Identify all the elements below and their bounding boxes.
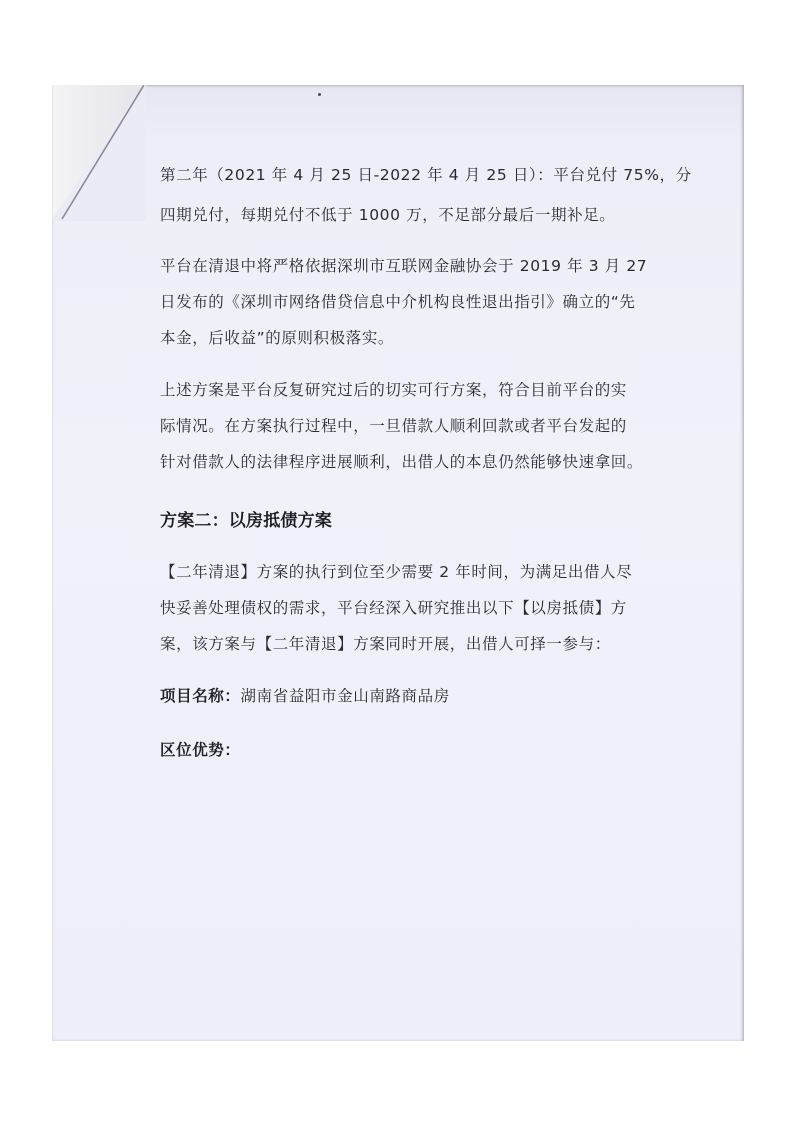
location-advantage-row: 区位优势： xyxy=(160,738,241,760)
section-paragraph-line-2: 快妥善处理债权的需求，平台经深入研究推出以下【以房抵债】方 xyxy=(160,596,627,618)
paragraph-3-line-1: 上述方案是平台反复研究过后的切实可行方案，符合目前平台的实 xyxy=(160,378,627,400)
section-paragraph-line-3: 案，该方案与【二年清退】方案同时开展，出借人可择一参与： xyxy=(160,632,611,654)
paragraph-2-line-3: 本金，后收益”的原则积极落实。 xyxy=(160,326,394,348)
project-name-row: 项目名称：湖南省益阳市金山南路商品房 xyxy=(160,684,450,706)
paragraph-1-line-1: 第二年（2021 年 4 月 25 日-2022 年 4 月 25 日）：平台兑… xyxy=(160,163,692,185)
paragraph-3-line-3: 针对借款人的法律程序进展顺利，出借人的本息仍然能够快速拿回。 xyxy=(160,450,643,472)
paragraph-1-line-2: 四期兑付，每期兑付不低于 1000 万，不足部分最后一期补足。 xyxy=(160,203,615,225)
paragraph-2-line-2: 日发布的《深圳市网络借贷信息中介机构良性退出指引》确立的“先 xyxy=(160,290,636,312)
paragraph-2-line-1: 平台在清退中将严格依据深圳市互联网金融协会于 2019 年 3 月 27 xyxy=(160,254,647,276)
section-heading: 方案二：以房抵债方案 xyxy=(160,506,332,531)
folded-corner xyxy=(52,85,146,221)
project-name-label: 项目名称： xyxy=(160,687,241,705)
scan-speck xyxy=(318,93,321,96)
section-paragraph-line-1: 【二年清退】方案的执行到位至少需要 2 年时间，为满足出借人尽 xyxy=(160,560,632,582)
paragraph-3-line-2: 际情况。在方案执行过程中，一旦借款人顺利回款或者平台发起的 xyxy=(160,414,627,436)
project-name-value: 湖南省益阳市金山南路商品房 xyxy=(241,687,450,705)
location-advantage-label: 区位优势： xyxy=(160,741,241,759)
